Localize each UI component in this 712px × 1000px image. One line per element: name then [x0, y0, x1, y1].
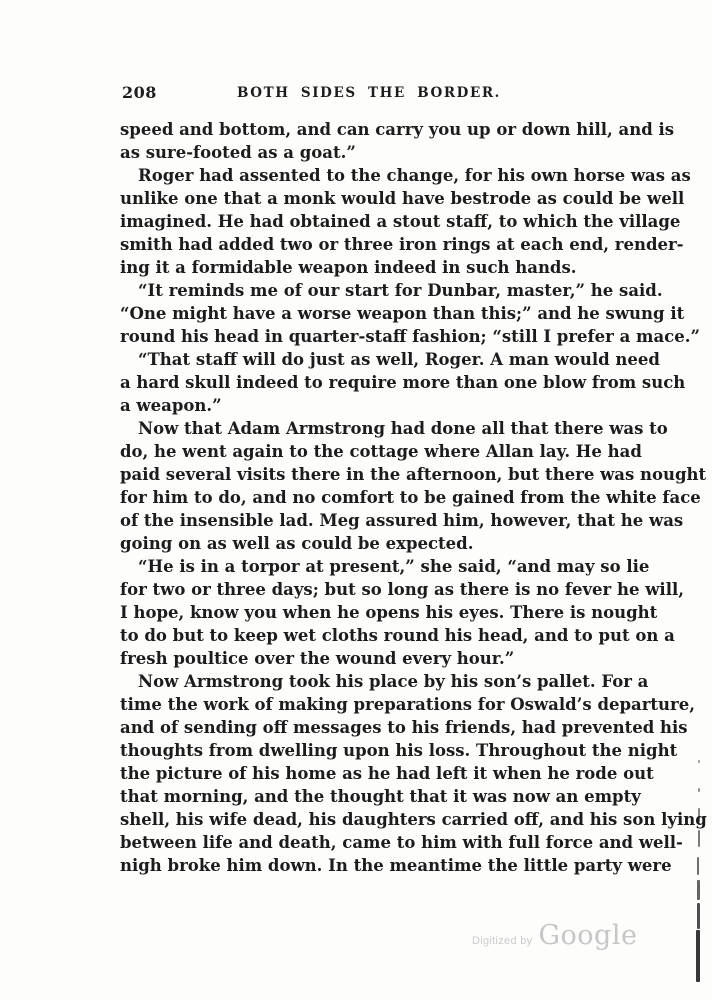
edge-dash [698, 760, 700, 763]
text-line: nigh broke him down. In the meantime the… [120, 854, 618, 877]
text-line: Roger had assented to the change, for hi… [120, 164, 618, 187]
edge-dash [696, 930, 700, 982]
text-line: thoughts from dwelling upon his loss. Th… [120, 739, 618, 762]
text-line: unlike one that a monk would have bestro… [120, 187, 618, 210]
watermark-prefix: Digitized by [472, 935, 532, 947]
text-line: Now Armstrong took his place by his son’… [120, 670, 618, 693]
text-line: round his head in quarter-staff fashion;… [120, 325, 618, 348]
text-line: to do but to keep wet cloths round his h… [120, 624, 618, 647]
text-line: that morning, and the thought that it wa… [120, 785, 618, 808]
paragraph: “He is in a torpor at present,” she said… [120, 555, 618, 670]
text-line: shell, his wife dead, his daughters carr… [120, 808, 618, 831]
text-line: and of sending off messages to his frien… [120, 716, 618, 739]
text-line: going on as well as could be expected. [120, 532, 618, 555]
running-head: 208 BOTH SIDES THE BORDER. [120, 83, 618, 103]
text-line: “He is in a torpor at present,” she said… [120, 555, 618, 578]
paragraph: “It reminds me of our start for Dunbar, … [120, 279, 618, 348]
text-line: I hope, know you when he opens his eyes.… [120, 601, 618, 624]
paragraph: Now that Adam Armstrong had done all tha… [120, 417, 618, 555]
text-line: ing it a formidable weapon indeed in suc… [120, 256, 618, 279]
text-line: a hard skull indeed to require more than… [120, 371, 618, 394]
edge-dash [698, 788, 700, 792]
text-line: for two or three days; but so long as th… [120, 578, 618, 601]
text-line: speed and bottom, and can carry you up o… [120, 118, 618, 141]
paragraph: Roger had assented to the change, for hi… [120, 164, 618, 279]
text-block: speed and bottom, and can carry you up o… [120, 118, 618, 877]
text-line: of the insensible lad. Meg assured him, … [120, 509, 618, 532]
running-title: BOTH SIDES THE BORDER. [120, 85, 618, 101]
text-line: “It reminds me of our start for Dunbar, … [120, 279, 618, 302]
edge-dash [697, 857, 699, 875]
text-line: “One might have a worse weapon than this… [120, 302, 618, 325]
text-line: smith had added two or three iron rings … [120, 233, 618, 256]
text-line: paid several visits there in the afterno… [120, 463, 618, 486]
edge-dash [698, 830, 700, 847]
paragraph: speed and bottom, and can carry you up o… [120, 118, 618, 164]
edge-dash [697, 903, 700, 929]
paragraph: “That staff will do just as well, Roger.… [120, 348, 618, 417]
text-line: imagined. He had obtained a stout staff,… [120, 210, 618, 233]
digitized-watermark: Digitized by Google [472, 920, 637, 951]
text-line: for him to do, and no comfort to be gain… [120, 486, 618, 509]
text-line: fresh poultice over the wound every hour… [120, 647, 618, 670]
text-line: Now that Adam Armstrong had done all tha… [120, 417, 618, 440]
google-logo: Google [538, 920, 637, 951]
text-line: a weapon.” [120, 394, 618, 417]
book-page: 208 BOTH SIDES THE BORDER. speed and bot… [0, 0, 712, 1000]
text-line: “That staff will do just as well, Roger.… [120, 348, 618, 371]
text-line: do, he went again to the cottage where A… [120, 440, 618, 463]
text-line: between life and death, came to him with… [120, 831, 618, 854]
edge-dash [697, 880, 700, 900]
paragraph: Now Armstrong took his place by his son’… [120, 670, 618, 877]
text-line: as sure-footed as a goat.” [120, 141, 618, 164]
text-line: the picture of his home as he had left i… [120, 762, 618, 785]
text-line: time the work of making preparations for… [120, 693, 618, 716]
